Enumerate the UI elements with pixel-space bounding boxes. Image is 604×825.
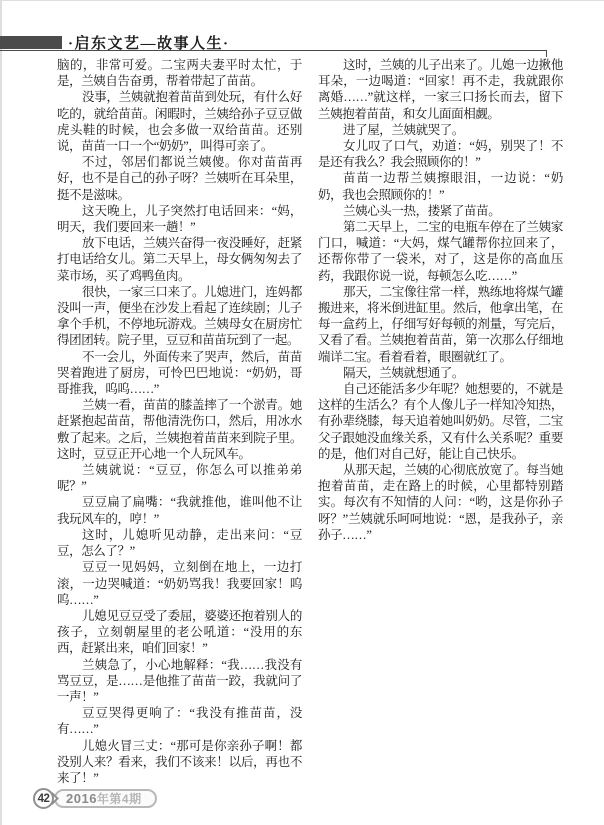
paragraph: 隔天，兰姨就想通了。: [318, 365, 563, 381]
paragraph: 第二天早上，二宝的电瓶车停在了兰姨家门口，喊道：“大妈，煤气罐帮你拉回来了，还帮…: [318, 219, 563, 284]
page-footer: 42 2016年第4期: [33, 788, 157, 809]
paragraph: 放下电话，兰姨兴奋得一夜没睡好，赶紧打电话给女儿。第二天早上，母女俩匆匆去了菜市…: [57, 235, 302, 284]
issue-suffix: 年第4期: [97, 790, 142, 807]
paragraph: 兰姨就说：“豆豆，你怎么可以推弟弟呢？”: [57, 462, 302, 494]
paragraph: 豆豆扁了扁嘴：“我就推他，谁叫他不让我玩风车的，哼！”: [57, 494, 302, 526]
paragraph: 不一会儿，外面传来了哭声，然后，苗苗哭着跑进了厨房，可怜巴巴地说：“奶奶，哥哥推…: [57, 349, 302, 398]
magazine-page: ·启东文艺—故事人生· 脑的，非常可爱。二宝两夫妻平时太忙，于是，兰姨自告奋勇，…: [0, 0, 604, 825]
paragraph: 那天，二宝像往常一样，熟练地将煤气罐搬进来，将米倒进缸里。然后，他拿出笔，在每一…: [318, 284, 563, 365]
header-rule: [0, 50, 547, 51]
paragraph: 这时，儿媳听见动静，走出来问：“豆豆，怎么了？”: [57, 527, 302, 559]
issue-year: 2016: [66, 791, 97, 806]
article-body: 脑的，非常可爱。二宝两夫妻平时太忙，于是，兰姨自告奋勇，帮着带起了苗苗。没事，兰…: [57, 57, 563, 786]
paragraph: 自己还能活多少年呢？她想要的，不就是这样的生活么？有个人像儿子一样知冷知热，有孙…: [318, 381, 563, 462]
paragraph: 苗苗一边帮兰姨擦眼泪，一边说：“奶奶，我也会照顾你的！”: [318, 170, 563, 202]
paragraph: 兰姨心头一热，搂紧了苗苗。: [318, 203, 563, 219]
paragraph: 没事，兰姨就抱着苗苗到处玩，有什么好吃的，就给苗苗。闲暇时，兰姨给孙子豆豆做虎头…: [57, 89, 302, 154]
header-bar: [0, 36, 62, 49]
left-column: 脑的，非常可爱。二宝两夫妻平时太忙，于是，兰姨自告奋勇，帮着带起了苗苗。没事，兰…: [57, 57, 302, 786]
header-rule-tick: [546, 50, 547, 57]
paragraph: 这天晚上，儿子突然打电话回来：“妈，明天，我们要回来一趟！”: [57, 203, 302, 235]
paragraph: 豆豆哭得更响了：“我没有推苗苗，没有……”: [57, 705, 302, 737]
paragraph: 兰姨一看，苗苗的膝盖摔了一个淤青。她赶紧抱起苗苗，帮他清洗伤口，然后，用冰水敷了…: [57, 397, 302, 462]
paragraph: 进了屋，兰姨就哭了。: [318, 122, 563, 138]
paragraph: 兰姨急了，小心地解释：“我……我没有骂豆豆，是……是他推了苗苗一跤，我就问了一声…: [57, 657, 302, 706]
paragraph: 很快，一家三口来了。儿媳进门，连妈都没叫一声，便坐在沙发上看起了连续剧；儿子拿个…: [57, 284, 302, 349]
paragraph: 不过，邻居们都说兰姨傻。你对苗苗再好，也不是自己的孙子呀？兰姨听在耳朵里，挺不是…: [57, 154, 302, 203]
paragraph: 豆豆一见妈妈，立刻倒在地上，一边打滚，一边哭喊道：“奶奶骂我！我要回家！呜呜………: [57, 559, 302, 608]
paragraph: 从那天起，兰姨的心彻底放宽了。每当她抱着苗苗，走在路上的时候，心里都特别踏实。每…: [318, 462, 563, 543]
paragraph: 儿媳见豆豆受了委屈，婆婆还抱着别人的孩子，立刻朝屋里的老公吼道：“没用的东西，赶…: [57, 608, 302, 657]
page-number-badge: 42: [33, 788, 54, 809]
paragraph: 儿媳火冒三丈：“那可是你亲孙子啊！都没别人来？看来，我们不该来！以后，再也不来了…: [57, 738, 302, 787]
right-column: 这时，兰姨的儿子出来了。儿媳一边揪他耳朵，一边喝道：“回家！再不走，我就跟你离婚…: [318, 57, 563, 786]
issue-capsule: 2016年第4期: [54, 789, 157, 808]
paragraph: 女儿叹了口气，劝道：“妈，别哭了！不是还有我么？我会照顾你的！”: [318, 138, 563, 170]
paragraph: 这时，兰姨的儿子出来了。儿媳一边揪他耳朵，一边喝道：“回家！再不走，我就跟你离婚…: [318, 57, 563, 122]
paragraph: 脑的，非常可爱。二宝两夫妻平时太忙，于是，兰姨自告奋勇，帮着带起了苗苗。: [57, 57, 302, 89]
